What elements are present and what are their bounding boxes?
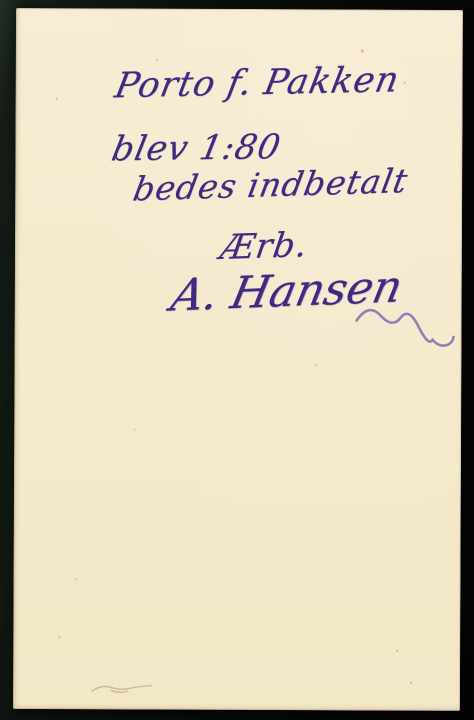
faint-pencil-mark xyxy=(89,678,163,698)
handwriting-closing: Ærb. xyxy=(218,225,311,268)
foxing-speck xyxy=(156,59,158,61)
foxing-speck xyxy=(410,682,412,684)
foxing-speck xyxy=(76,578,78,580)
foxing-speck xyxy=(404,82,406,84)
foxing-speck xyxy=(361,50,364,53)
postcard: Porto f. Pakken blev 1:80 bedes indbetal… xyxy=(13,8,463,711)
handwriting-line-3: bedes indbetalt xyxy=(130,161,411,209)
signature-flourish xyxy=(352,304,460,359)
foxing-speck xyxy=(58,636,60,638)
handwriting-line-2: blev 1:80 xyxy=(108,127,284,169)
foxing-speck xyxy=(134,429,136,431)
foxing-speck xyxy=(314,364,317,366)
foxing-speck xyxy=(396,650,398,652)
foxing-speck xyxy=(56,98,58,100)
scan-backdrop: Porto f. Pakken blev 1:80 bedes indbetal… xyxy=(0,0,474,720)
handwriting-line-1: Porto f. Pakken xyxy=(112,60,403,106)
